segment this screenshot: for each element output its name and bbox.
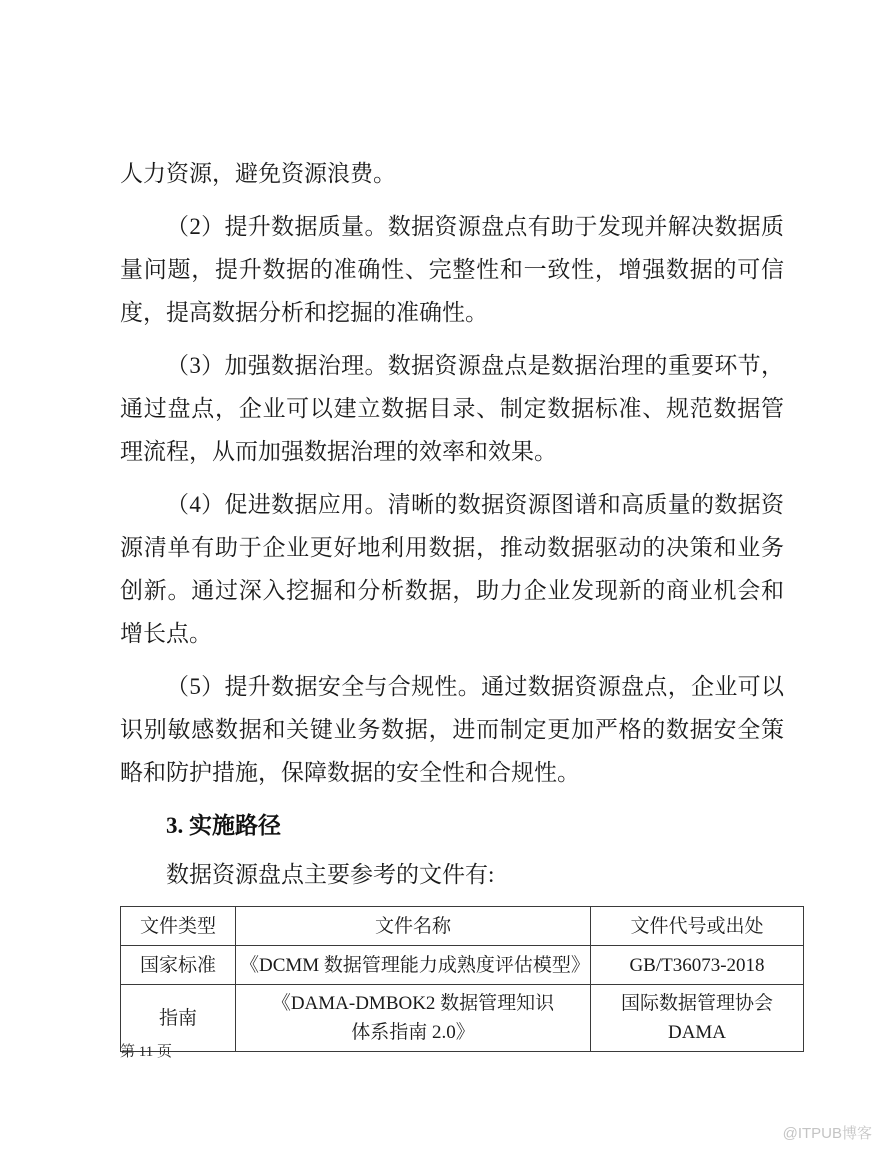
table-row: 国家标准 《DCMM 数据管理能力成熟度评估模型》 GB/T36073-2018 bbox=[121, 946, 804, 985]
paragraph-item-4: （4）促进数据应用。清晰的数据资源图谱和高质量的数据资源清单有助于企业更好地利用… bbox=[120, 483, 784, 655]
document-content: 人力资源，避免资源浪费。 （2）提升数据质量。数据资源盘点有助于发现并解决数据质… bbox=[120, 152, 784, 1052]
table-row: 指南 《DAMA-DMBOK2 数据管理知识 体系指南 2.0》 国际数据管理协… bbox=[121, 985, 804, 1052]
paragraph-item-5: （5）提升数据安全与合规性。通过数据资源盘点，企业可以识别敏感数据和关键业务数据… bbox=[120, 665, 784, 794]
table-header-row: 文件类型 文件名称 文件代号或出处 bbox=[121, 907, 804, 946]
table-cell-file-name: 《DCMM 数据管理能力成熟度评估模型》 bbox=[236, 946, 591, 985]
table-cell-file-type: 国家标准 bbox=[121, 946, 236, 985]
paragraph-item-3: （3）加强数据治理。数据资源盘点是数据治理的重要环节，通过盘点，企业可以建立数据… bbox=[120, 344, 784, 473]
table-cell-file-name: 《DAMA-DMBOK2 数据管理知识 体系指南 2.0》 bbox=[236, 985, 591, 1052]
table-header-file-type: 文件类型 bbox=[121, 907, 236, 946]
table-header-file-code: 文件代号或出处 bbox=[591, 907, 804, 946]
watermark: @ITPUB博客 bbox=[783, 1122, 872, 1143]
table-cell-file-code: 国际数据管理协会 DAMA bbox=[591, 985, 804, 1052]
paragraph-item-2: （2）提升数据质量。数据资源盘点有助于发现并解决数据质量问题，提升数据的准确性、… bbox=[120, 205, 784, 334]
document-page: 人力资源，避免资源浪费。 （2）提升数据质量。数据资源盘点有助于发现并解决数据质… bbox=[0, 0, 890, 1151]
reference-table: 文件类型 文件名称 文件代号或出处 国家标准 《DCMM 数据管理能力成熟度评估… bbox=[120, 906, 804, 1052]
table-cell-file-code: GB/T36073-2018 bbox=[591, 946, 804, 985]
section-heading: 3. 实施路径 bbox=[120, 804, 784, 847]
table-intro: 数据资源盘点主要参考的文件有: bbox=[120, 853, 784, 896]
page-number: 第 11 页 bbox=[120, 1040, 172, 1061]
table-header-file-name: 文件名称 bbox=[236, 907, 591, 946]
paragraph-continuation: 人力资源，避免资源浪费。 bbox=[120, 152, 784, 195]
